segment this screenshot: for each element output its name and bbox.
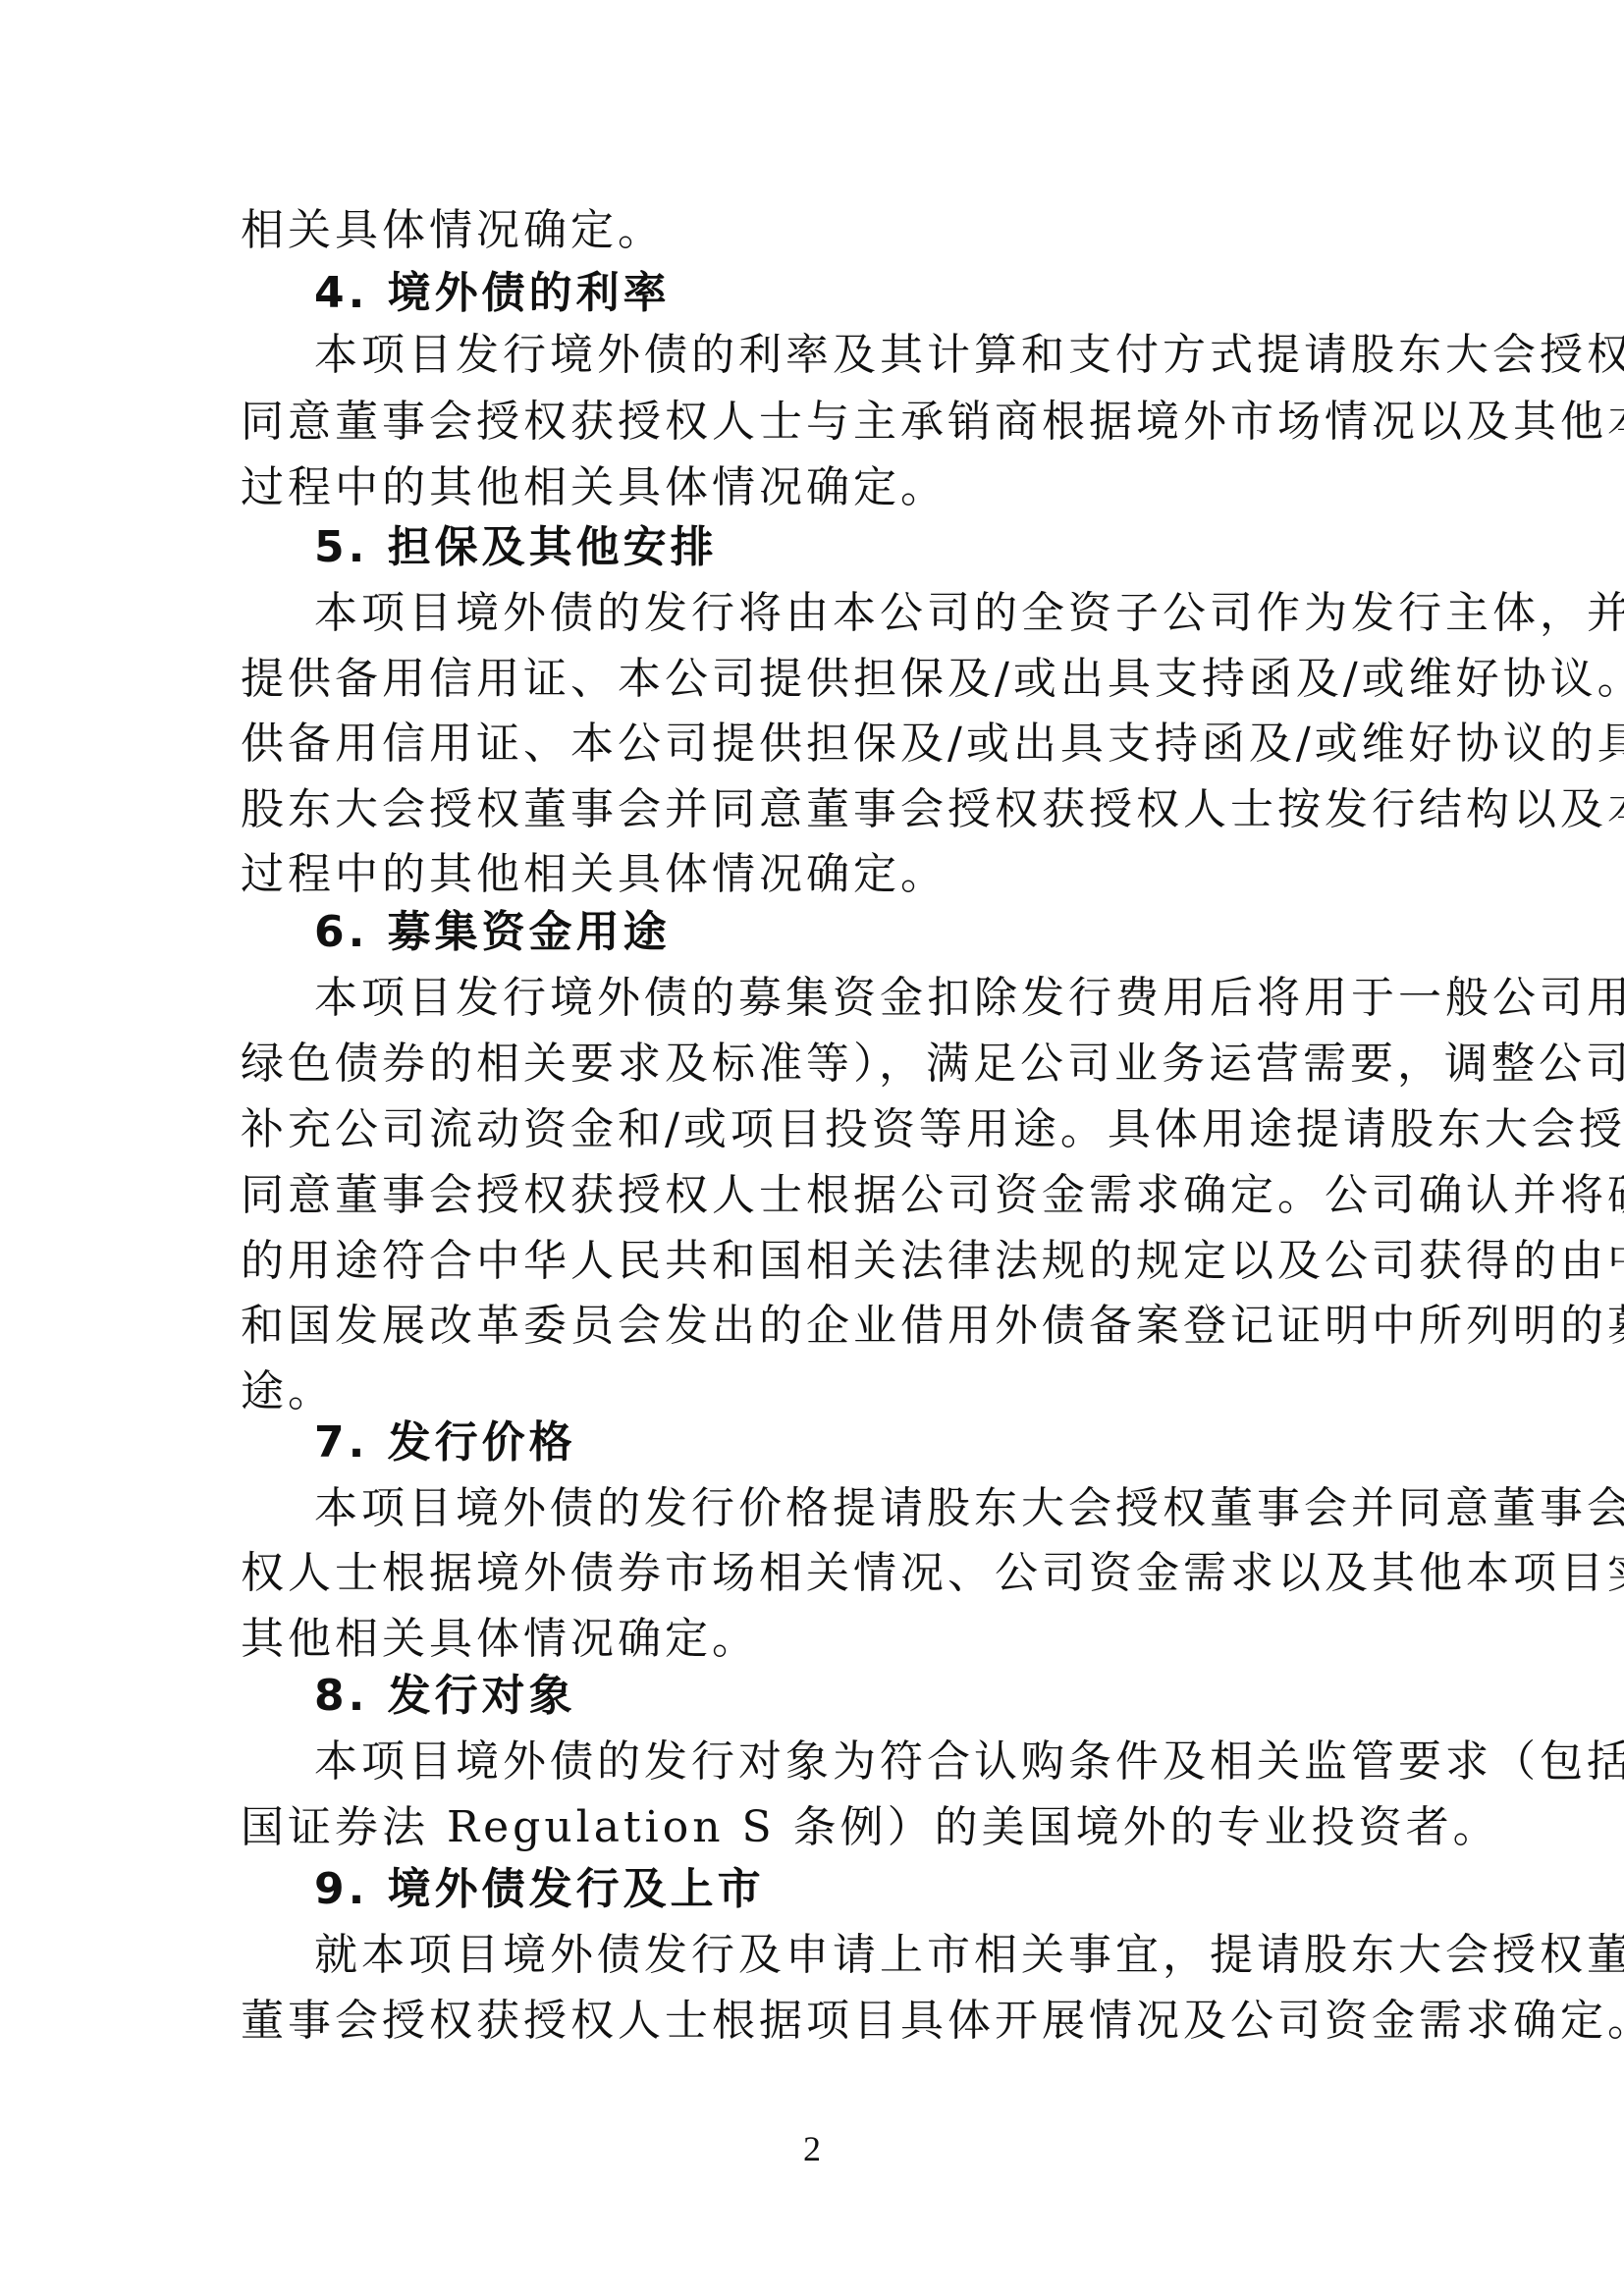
paragraph-line: 补充公司流动资金和/或项目投资等用途。具体用途提请股东大会授权董事会并 [241,1100,1389,1159]
paragraph-line: 本项目发行境外债的利率及其计算和支付方式提请股东大会授权董事会并 [314,326,1389,385]
paragraph-line: 过程中的其他相关具体情况确定。 [241,845,1389,904]
paragraph-line: 其他相关具体情况确定。 [241,1610,1389,1669]
section-heading: 4. 境外债的利率 [314,264,1463,323]
section-heading: 5. 担保及其他安排 [314,518,1463,577]
paragraph-line: 同意董事会授权获授权人士根据公司资金需求确定。公司确认并将确保募集资金 [241,1166,1389,1225]
paragraph-line: 董事会授权获授权人士根据项目具体开展情况及公司资金需求确定。董事会及获 [241,1992,1389,2051]
paragraph-line: 同意董事会授权获授权人士与主承销商根据境外市场情况以及其他本项目实施 [241,393,1389,452]
paragraph-line: 供备用信用证、本公司提供担保及/或出具支持函及/或维好协议的具体安排提请 [241,715,1389,774]
paragraph-line: 本项目境外债的发行将由本公司的全资子公司作为发行主体，并由中国银行 [314,584,1389,643]
page-number: 2 [0,2128,1624,2169]
section-heading: 9. 境外债发行及上市 [314,1860,1463,1919]
section-heading: 6. 募集资金用途 [314,903,1463,962]
paragraph-line: 权人士根据境外债券市场相关情况、公司资金需求以及其他本项目实施过程中的 [241,1544,1389,1603]
paragraph-line: 相关具体情况确定。 [241,201,1389,260]
section-heading: 8. 发行对象 [314,1667,1463,1726]
paragraph-line: 就本项目境外债发行及申请上市相关事宜，提请股东大会授权董事会并同意 [314,1926,1389,1985]
paragraph-line: 的用途符合中华人民共和国相关法律法规的规定以及公司获得的由中国人民共 [241,1232,1389,1291]
paragraph-line: 本项目境外债的发行对象为符合认购条件及相关监管要求（包括但不限于美 [314,1733,1389,1791]
section-heading: 7. 发行价格 [314,1414,1463,1472]
paragraph-line: 绿色债券的相关要求及标准等），满足公司业务运营需要，调整公司债务结构， [241,1035,1389,1094]
paragraph-line: 本项目境外债的发行价格提请股东大会授权董事会并同意董事会授权获授 [314,1479,1389,1538]
paragraph-line: 股东大会授权董事会并同意董事会授权获授权人士按发行结构以及本项目实施 [241,780,1389,839]
paragraph-line: 提供备用信用证、本公司提供担保及/或出具支持函及/或维好协议。中国银行提 [241,650,1389,709]
paragraph-line: 国证券法 Regulation S 条例）的美国境外的专业投资者。 [241,1798,1389,1857]
paragraph-line: 和国发展改革委员会发出的企业借用外债备案登记证明中所列明的募集资金用 [241,1297,1389,1356]
paragraph-line: 途。 [241,1362,1389,1421]
paragraph-line: 过程中的其他相关具体情况确定。 [241,458,1389,517]
paragraph-line: 本项目发行境外债的募集资金扣除发行费用后将用于一般公司用途（且符合 [314,969,1389,1028]
